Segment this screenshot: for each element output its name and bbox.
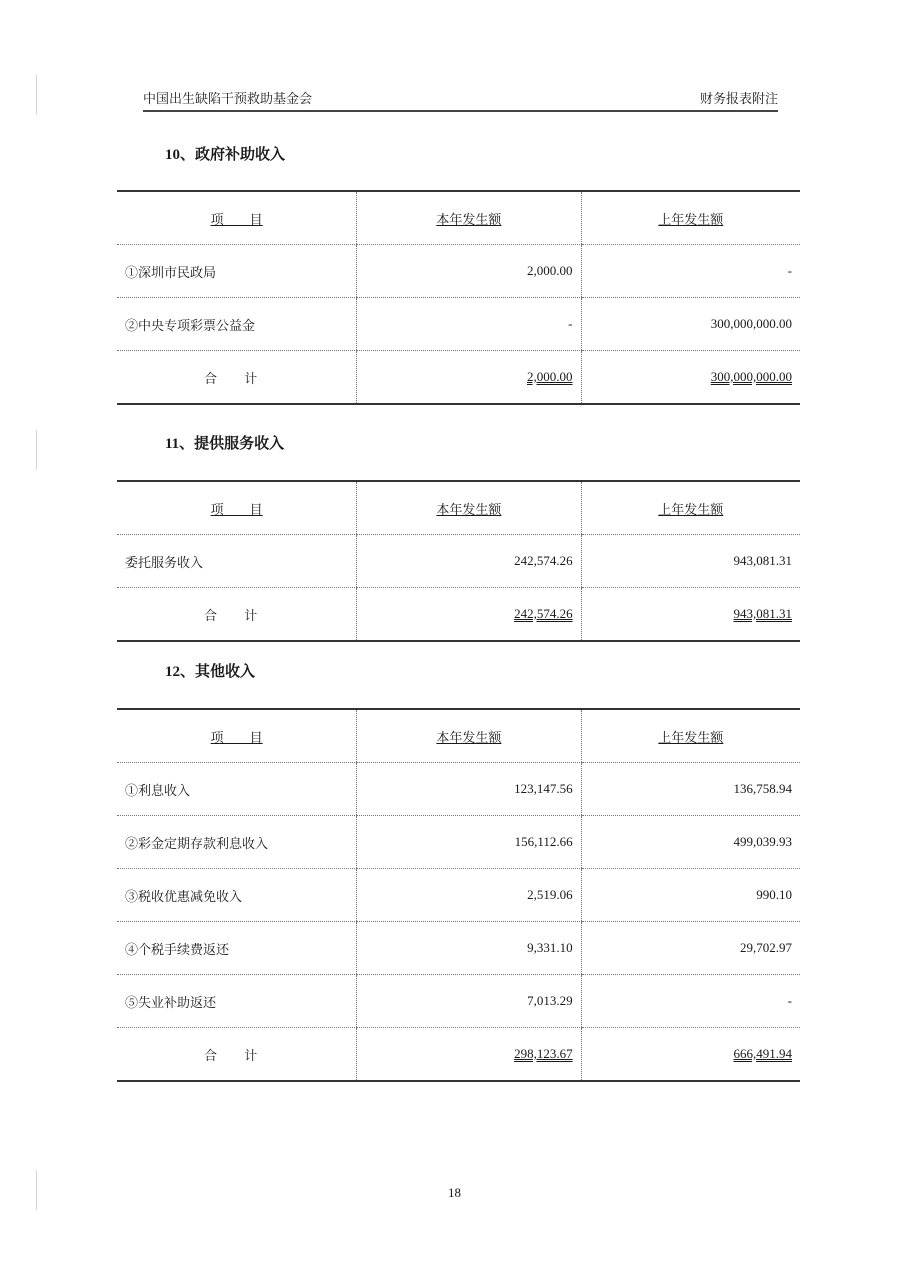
total-row: 合 计 298,123.67 666,491.94 (117, 1028, 800, 1082)
binding-margin-mark (36, 430, 37, 470)
row-prior: 990.10 (581, 869, 800, 922)
table-header-row: 项 目 本年发生额 上年发生额 (117, 709, 800, 763)
column-header-item: 项 目 (117, 481, 357, 535)
total-prior: 943,081.31 (581, 588, 800, 642)
total-prior: 666,491.94 (581, 1028, 800, 1082)
row-current: 156,112.66 (357, 816, 581, 869)
organization-name: 中国出生缺陷干预救助基金会 (143, 88, 312, 107)
table-row: ①深圳市民政局 2,000.00 - (117, 245, 800, 298)
row-item: ①利息收入 (117, 763, 357, 816)
row-current: 123,147.56 (357, 763, 581, 816)
table-row: ⑤失业补助返还 7,013.29 - (117, 975, 800, 1028)
section-title-other-income: 12、其他收入 (165, 660, 255, 681)
row-current: 9,331.10 (357, 922, 581, 975)
column-header-current-year: 本年发生额 (357, 191, 581, 245)
total-row: 合 计 242,574.26 943,081.31 (117, 588, 800, 642)
service-income-table: 项 目 本年发生额 上年发生额 委托服务收入 242,574.26 943,08… (117, 480, 800, 642)
total-label: 合 计 (117, 351, 357, 405)
column-header-current-year: 本年发生额 (357, 709, 581, 763)
row-current: 242,574.26 (357, 535, 581, 588)
row-prior: - (581, 975, 800, 1028)
row-item: ①深圳市民政局 (117, 245, 357, 298)
section-title-government-subsidy: 10、政府补助收入 (165, 143, 285, 164)
row-current: - (357, 298, 581, 351)
page-header: 中国出生缺陷干预救助基金会 财务报表附注 (143, 88, 778, 112)
column-header-prior-year: 上年发生额 (581, 191, 800, 245)
row-item: ②中央专项彩票公益金 (117, 298, 357, 351)
row-current: 2,000.00 (357, 245, 581, 298)
total-current: 2,000.00 (357, 351, 581, 405)
row-prior: 499,039.93 (581, 816, 800, 869)
row-prior: - (581, 245, 800, 298)
total-current: 298,123.67 (357, 1028, 581, 1082)
row-prior: 29,702.97 (581, 922, 800, 975)
column-header-item: 项 目 (117, 191, 357, 245)
table-row: ④个税手续费返还 9,331.10 29,702.97 (117, 922, 800, 975)
table-row: ③税收优惠减免收入 2,519.06 990.10 (117, 869, 800, 922)
row-item: ④个税手续费返还 (117, 922, 357, 975)
row-current: 7,013.29 (357, 975, 581, 1028)
column-header-prior-year: 上年发生额 (581, 481, 800, 535)
total-label: 合 计 (117, 1028, 357, 1082)
table-row: 委托服务收入 242,574.26 943,081.31 (117, 535, 800, 588)
row-prior: 136,758.94 (581, 763, 800, 816)
row-item: ⑤失业补助返还 (117, 975, 357, 1028)
other-income-table: 项 目 本年发生额 上年发生额 ①利息收入 123,147.56 136,758… (117, 708, 800, 1082)
table-header-row: 项 目 本年发生额 上年发生额 (117, 191, 800, 245)
row-prior: 300,000,000.00 (581, 298, 800, 351)
table-row: ②中央专项彩票公益金 - 300,000,000.00 (117, 298, 800, 351)
total-row: 合 计 2,000.00 300,000,000.00 (117, 351, 800, 405)
row-item: ③税收优惠减免收入 (117, 869, 357, 922)
binding-margin-mark (36, 1170, 37, 1210)
total-label: 合 计 (117, 588, 357, 642)
column-header-current-year: 本年发生额 (357, 481, 581, 535)
section-title-service-income: 11、提供服务收入 (165, 432, 284, 453)
government-subsidy-table: 项 目 本年发生额 上年发生额 ①深圳市民政局 2,000.00 - ②中央专项… (117, 190, 800, 405)
total-prior: 300,000,000.00 (581, 351, 800, 405)
row-prior: 943,081.31 (581, 535, 800, 588)
total-current: 242,574.26 (357, 588, 581, 642)
table-row: ②彩金定期存款利息收入 156,112.66 499,039.93 (117, 816, 800, 869)
table-header-row: 项 目 本年发生额 上年发生额 (117, 481, 800, 535)
row-item: ②彩金定期存款利息收入 (117, 816, 357, 869)
document-type: 财务报表附注 (700, 88, 778, 107)
column-header-item: 项 目 (117, 709, 357, 763)
row-current: 2,519.06 (357, 869, 581, 922)
column-header-prior-year: 上年发生额 (581, 709, 800, 763)
page-number: 18 (448, 1185, 461, 1201)
binding-margin-mark (36, 75, 37, 115)
row-item: 委托服务收入 (117, 535, 357, 588)
table-row: ①利息收入 123,147.56 136,758.94 (117, 763, 800, 816)
